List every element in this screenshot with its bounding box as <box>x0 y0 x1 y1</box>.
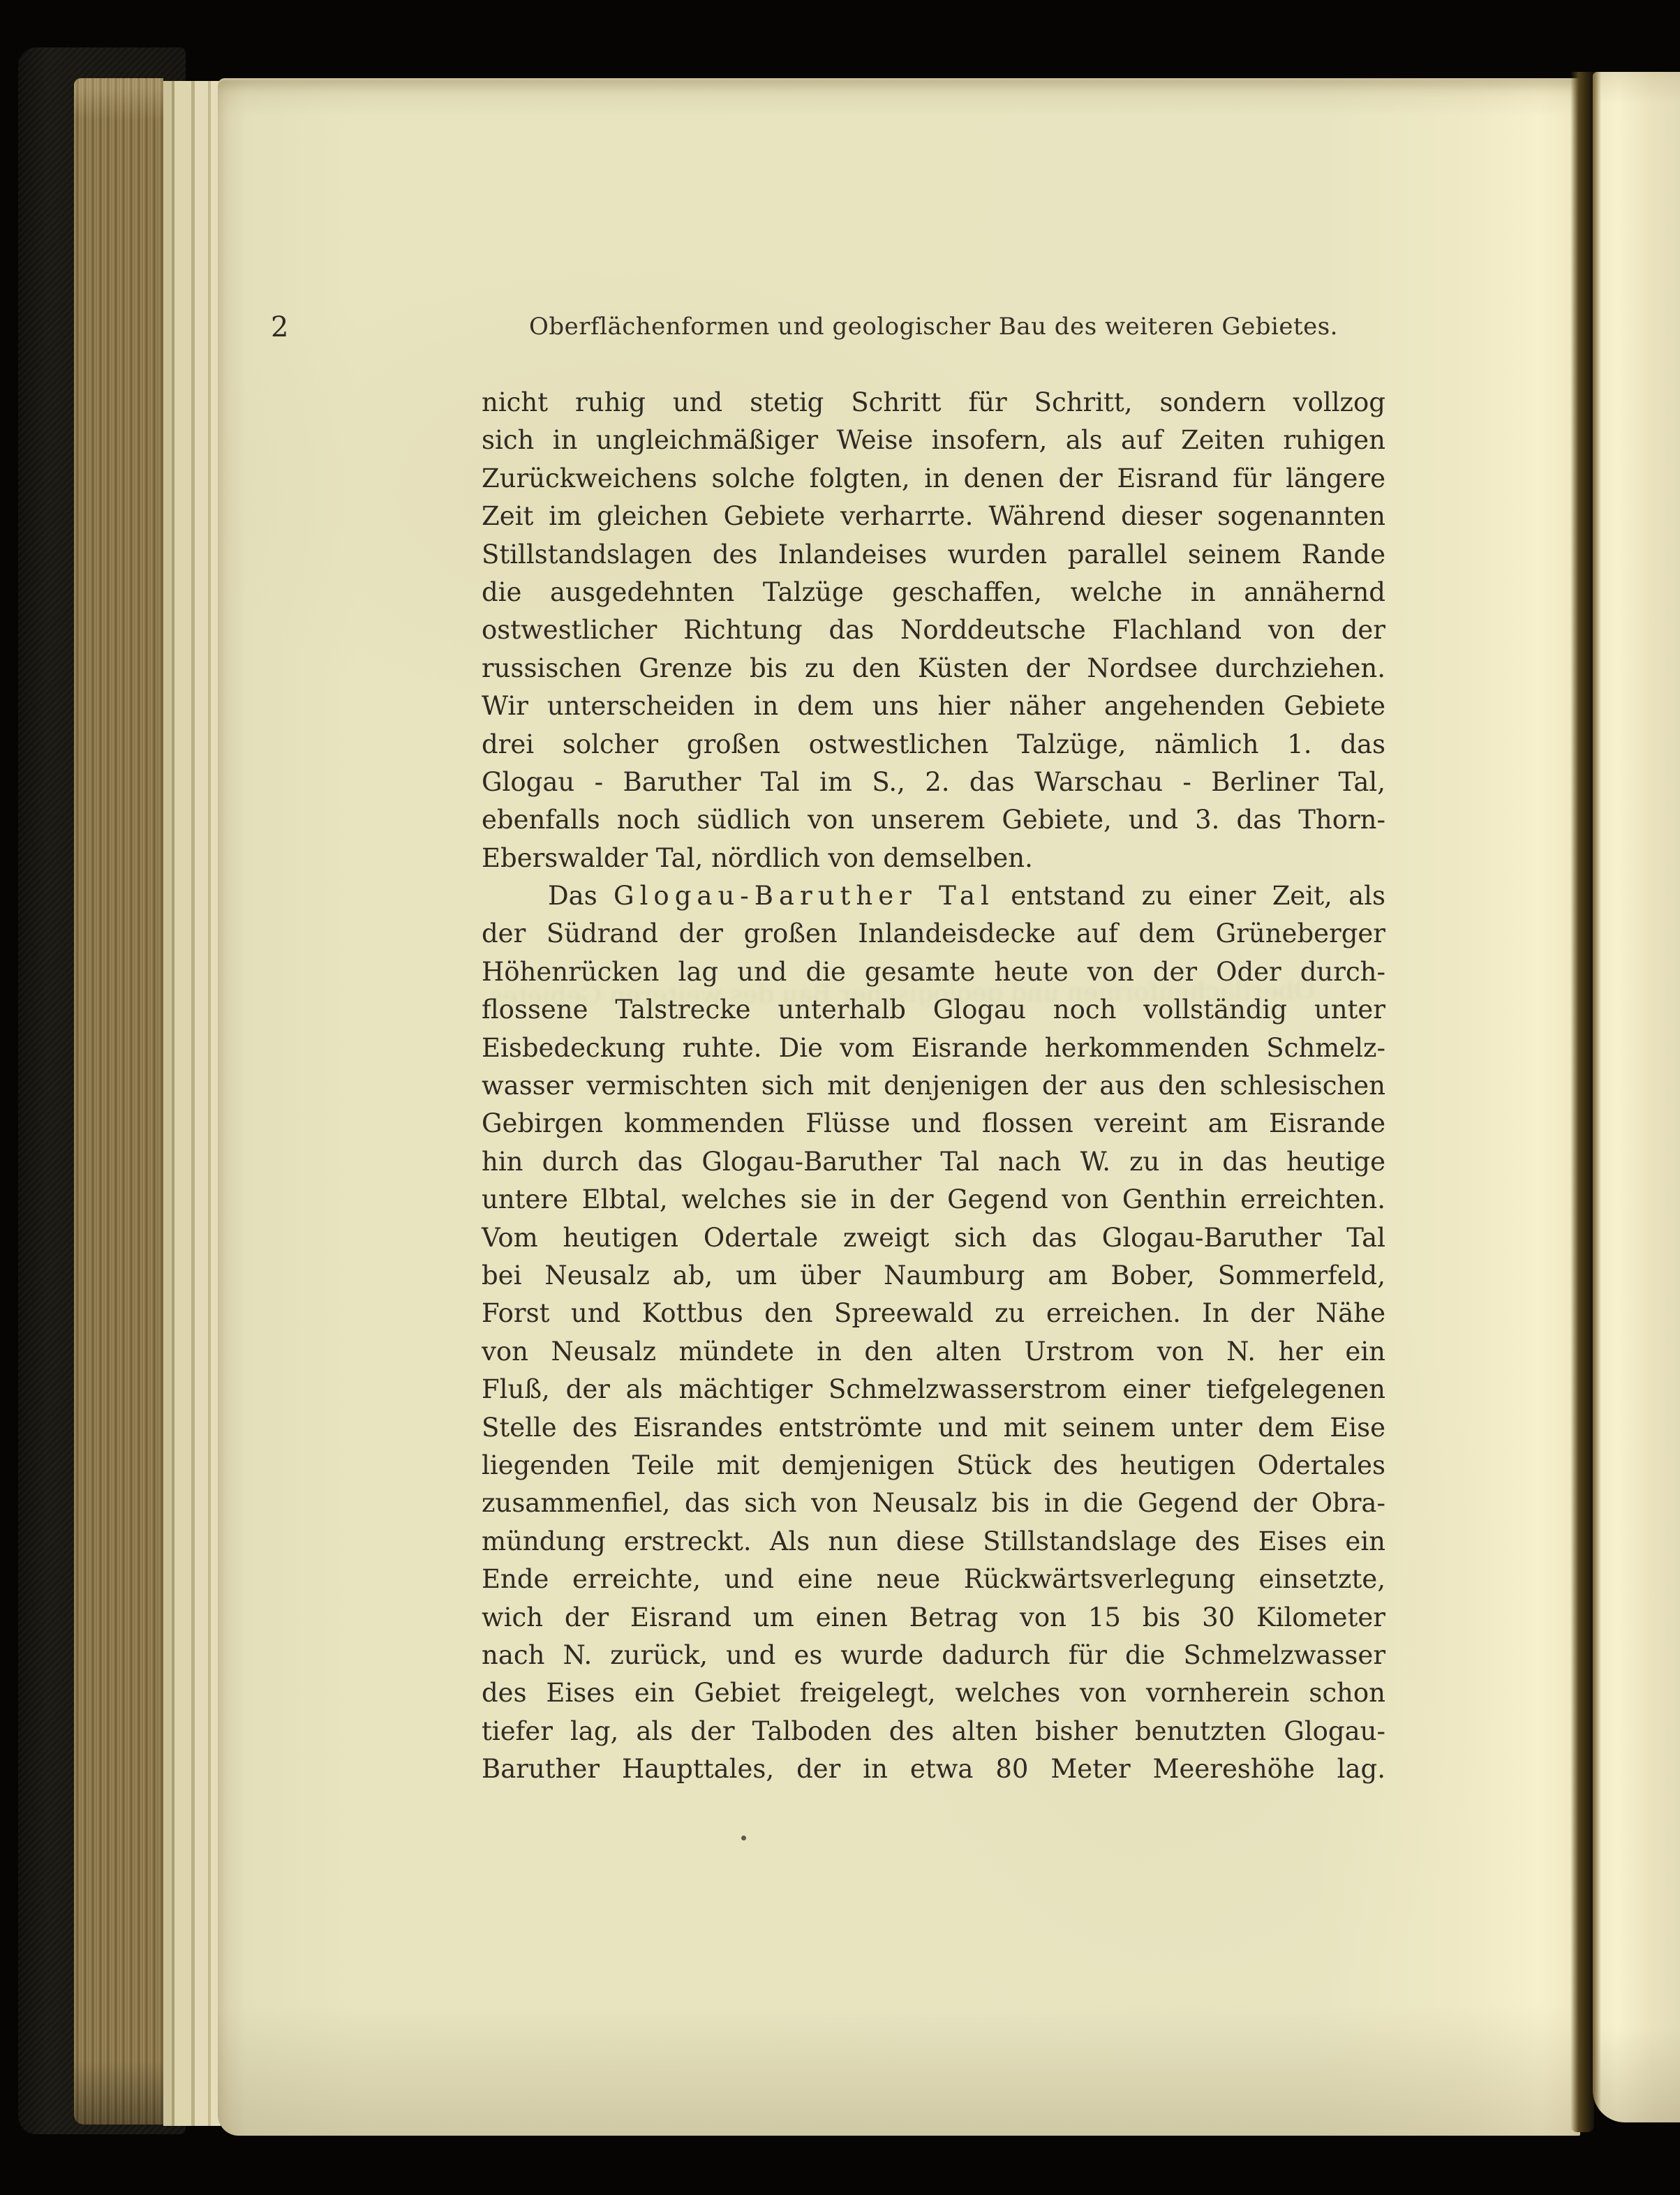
left-page: 2 Oberflächenformen und geologischer Bau… <box>218 78 1580 2136</box>
page-number: 2 <box>271 311 288 343</box>
text-line: Das Glogau-Baruther Tal entstand zu eine… <box>482 877 1385 915</box>
text-line: nicht ruhig und stetig Schritt für Schri… <box>482 384 1385 422</box>
text-line: nach N. zurück, und es wurde dadurch für… <box>482 1637 1385 1674</box>
text-line: Ende erreichte, und eine neue Rückwärtsv… <box>482 1561 1385 1598</box>
page-block-fore-edge <box>74 78 163 2125</box>
text-segment: entstand zu einer Zeit, als <box>995 881 1385 911</box>
text-line: Höhenrücken lag und die gesamte heute vo… <box>482 953 1385 991</box>
text-line: mündung erstreckt. Als nun diese Stillst… <box>482 1523 1385 1561</box>
text-line: drei solcher großen ostwestlichen Talzüg… <box>482 726 1385 764</box>
text-line: der Südrand der großen Inlandeisdecke au… <box>482 915 1385 953</box>
text-line: Eisbedeckung ruhte. Die vom Eisrande her… <box>482 1029 1385 1067</box>
text-block: nicht ruhig und stetig Schritt für Schri… <box>482 384 1385 1788</box>
text-line: Glogau - Baruther Tal im S., 2. das Wars… <box>482 764 1385 801</box>
running-header: Oberflächenformen und geologischer Bau d… <box>482 313 1385 349</box>
text-line: Stelle des Eisrandes entströmte und mit … <box>482 1409 1385 1447</box>
text-line: Gebirgen kommenden Flüsse und flossen ve… <box>482 1105 1385 1143</box>
text-line: Vom heutigen Odertale zweigt sich das Gl… <box>482 1219 1385 1257</box>
text-line: wich der Eisrand um einen Betrag von 15 … <box>482 1599 1385 1637</box>
text-line: zusammenfiel, das sich von Neusalz bis i… <box>482 1485 1385 1522</box>
stacked-page-edges <box>163 81 221 2126</box>
text-line: flossene Talstrecke unterhalb Glogau noc… <box>482 991 1385 1029</box>
text-line: Zurückweichens solche folgten, in denen … <box>482 460 1385 498</box>
text-segment: Das <box>548 881 614 911</box>
text-line: Zeit im gleichen Gebiete verharrte. Währ… <box>482 498 1385 535</box>
text-line: des Eises ein Gebiet freigelegt, welches… <box>482 1674 1385 1712</box>
text-line: liegenden Teile mit demjenigen Stück des… <box>482 1447 1385 1485</box>
text-line: Forst und Kottbus den Spreewald zu errei… <box>482 1295 1385 1332</box>
text-line: hin durch das Glogau-Baruther Tal nach W… <box>482 1143 1385 1181</box>
text-line: ebenfalls noch südlich von unserem Gebie… <box>482 801 1385 839</box>
text-line: wasser vermischten sich mit denjenigen d… <box>482 1067 1385 1105</box>
text-line: von Neusalz mündete in den alten Urstrom… <box>482 1333 1385 1371</box>
text-line: die ausgedehnten Talzüge geschaffen, wel… <box>482 574 1385 611</box>
gutter-shadow <box>1570 72 1594 2132</box>
text-line: sich in ungleichmäßiger Weise insofern, … <box>482 422 1385 459</box>
text-line: Wir unterscheiden in dem uns hier näher … <box>482 687 1385 725</box>
text-line: Stillstandslagen des Inlandeises wurden … <box>482 536 1385 574</box>
text-line: Baruther Haupttales, der in etwa 80 Mete… <box>482 1750 1385 1788</box>
facing-page-sliver <box>1593 72 1680 2122</box>
text-line: tiefer lag, als der Talboden des alten b… <box>482 1713 1385 1750</box>
text-line: bei Neusalz ab, um über Naumburg am Bobe… <box>482 1257 1385 1295</box>
text-line: Fluß, der als mächtiger Schmelzwasserstr… <box>482 1371 1385 1408</box>
paper-speck <box>741 1836 746 1840</box>
text-line: Eberswalder Tal, nördlich von demselben. <box>482 840 1385 877</box>
text-line: untere Elbtal, welches sie in der Gegend… <box>482 1181 1385 1219</box>
book-scan: 2 Oberflächenformen und geologischer Bau… <box>0 0 1680 2195</box>
text-line: russischen Grenze bis zu den Küsten der … <box>482 650 1385 687</box>
text-line: ostwestlicher Richtung das Norddeutsche … <box>482 611 1385 649</box>
emphasized-name: Glogau-Baruther Tal <box>614 881 995 911</box>
